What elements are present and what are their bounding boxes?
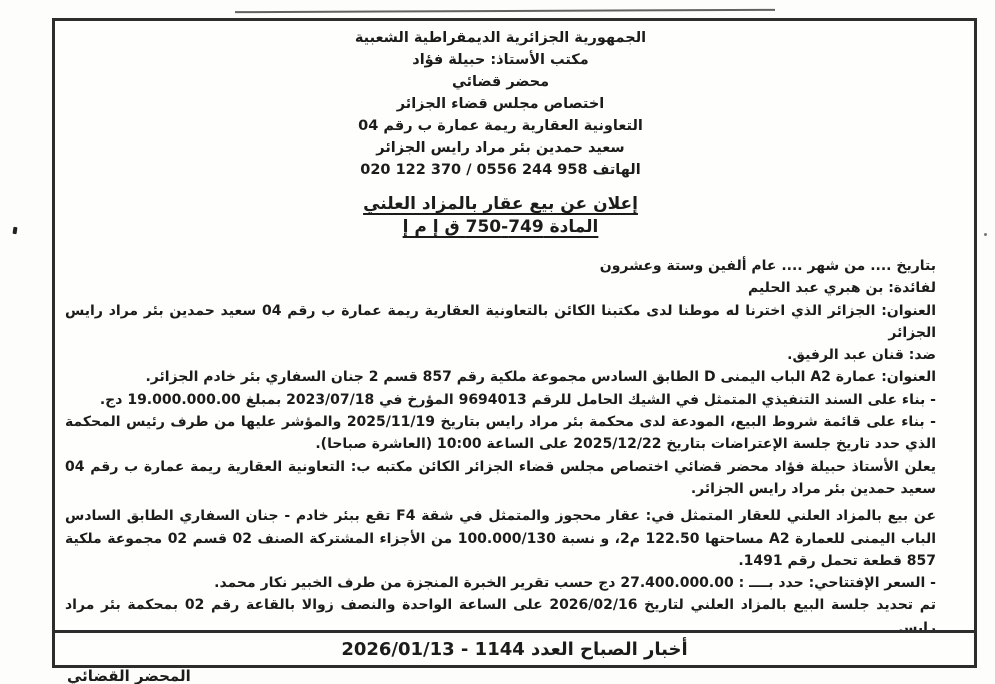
- notice-body: بتاريخ .... من شهر .... عام ألفين وستة و…: [65, 255, 936, 661]
- paragraph-sale-conditions: - بناء على قائمة شروط البيع، المودعة لدى…: [65, 411, 936, 456]
- footer-banner: أخبار الصباح العدد 1144 - 2026/01/13: [55, 630, 974, 665]
- phone-line: الهاتف ⁦020 122 370 / 0556 244 958⁩: [65, 159, 936, 181]
- republic-header: الجمهورية الجزائرية الديمقراطية الشعبية: [65, 27, 936, 49]
- office-address-line-2: سعيد حمدين بئر مراد رايس الجزائر: [65, 137, 936, 159]
- office-address-line-1: التعاونية العقارية ريمة عمارة ب رقم 04: [65, 115, 936, 137]
- paragraph-property-description: عن بيع بالمزاد العلني للعقار المتمثل في:…: [65, 505, 936, 572]
- office-name: مكتب الأستاذ: حبيلة فؤاد: [65, 49, 936, 71]
- scan-artifact-mark: [13, 227, 18, 234]
- paragraph-opening-price: - السعر الإفتتاحي: حدد بــــ : 27.400.00…: [65, 572, 936, 594]
- scan-artifact-line: [235, 9, 775, 13]
- paragraph-beneficiary-address: العنوان: الجزائر الذي اخترنا له موطنا لد…: [65, 300, 936, 345]
- bailiff-title: محضر قضائي: [65, 71, 936, 93]
- notice-title: إعلان عن بيع عقار بالمزاد العلني: [65, 193, 936, 216]
- paragraph-executory-title: - بناء على السند التنفيذي المتمثل في الش…: [65, 389, 936, 411]
- document-frame: الجمهورية الجزائرية الديمقراطية الشعبية …: [52, 18, 977, 668]
- scan-artifact-mark: [984, 233, 987, 236]
- notice-content: الجمهورية الجزائرية الديمقراطية الشعبية …: [55, 21, 974, 630]
- document-header: الجمهورية الجزائرية الديمقراطية الشعبية …: [65, 27, 936, 181]
- jurisdiction-line: اختصاص مجلس قضاء الجزائر: [65, 93, 936, 115]
- notice-title-block: إعلان عن بيع عقار بالمزاد العلني المادة …: [65, 193, 936, 239]
- paragraph-defendant-address: العنوان: عمارة A2 الباب اليمنى D الطابق …: [65, 366, 936, 388]
- article-reference: المادة 749-750 ق إ م إ: [65, 216, 936, 239]
- paragraph-defendant: ضد: قنان عبد الرفيق.: [65, 344, 936, 366]
- paragraph-beneficiary: لفائدة: بن هبري عبد الحليم: [65, 277, 936, 299]
- paragraph-date: بتاريخ .... من شهر .... عام ألفين وستة و…: [65, 255, 936, 277]
- bailiff-signature: المحضر القضائي: [65, 667, 936, 684]
- scanned-newspaper-page: الجمهورية الجزائرية الديمقراطية الشعبية …: [0, 0, 995, 684]
- paragraph-bailiff-announcement: يعلن الأستاذ حبيلة فؤاد محضر قضائي اختصا…: [65, 456, 936, 501]
- publication-info: أخبار الصباح العدد 1144 - 2026/01/13: [341, 639, 687, 660]
